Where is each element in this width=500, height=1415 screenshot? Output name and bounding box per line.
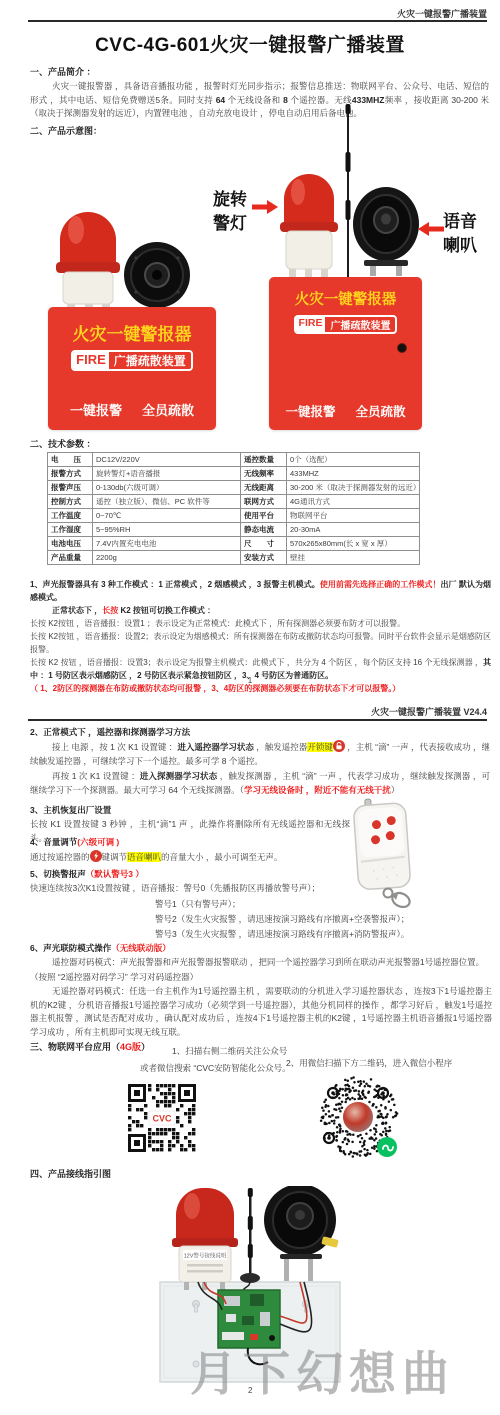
- doc-title: CVC-4G-601火灾一键报警广播装置: [0, 30, 500, 57]
- page2-running-header: 火灾一键报警广播装置 V24.4: [371, 705, 487, 718]
- modes-line-1: 1、声光报警器具有 3 种工作模式 ：1 正常模式 ，2 烟感模式 ，3 报警主…: [30, 578, 491, 604]
- table-row: 产品重量2200g安装方式壁挂: [48, 551, 420, 565]
- siren-option-2: 警号2（发生火灾报警 ，请迅速按演习路线有序撤离+空袭警报声）；: [155, 913, 435, 927]
- qr-center-logo: CVC: [152, 1114, 172, 1124]
- keyhole-icon: [397, 343, 407, 353]
- fire-word: FIRE: [296, 317, 326, 332]
- horn-speaker-icon: [352, 186, 420, 278]
- fire-word: FIRE: [73, 352, 109, 369]
- section-wiring-heading: 四、产品接线指引图: [30, 1167, 111, 1180]
- qr-caption-1b: 或者微信搜索 “CVC安防智能化公众号。: [140, 1062, 340, 1076]
- link-paragraph-1: 遥控器对码模式：声光报警器和声光报警器报警联动 ，把同一个遥控器学习到所在联动声…: [30, 956, 492, 970]
- specs-table: 电 压DC12V/220V遥控数量0个（选配） 报警方式旋转警灯+语音播报无线频…: [47, 452, 420, 565]
- table-row: 报警声压0-130db(六级可调）无线距离30-200 米（取决于探测器发射的远…: [48, 481, 420, 495]
- volume-paragraph: 通过按遥控器的键调节语音喇叭的音量大小 ，最小可调至无声。: [30, 850, 350, 865]
- section-intro-heading: 一、产品简介 ：: [30, 65, 96, 78]
- qr-code-miniprogram: [316, 1076, 400, 1160]
- link-paragraph-3: 无遥控器对码模式：任选一台主机作为1号遥控器主机 ，需要联动的分机进入学习遥控器…: [30, 985, 492, 1039]
- page1-header-rule: [28, 20, 487, 22]
- section-iot-heading: 三、物联网平台应用（4G版）: [30, 1040, 150, 1053]
- page-number: 1: [0, 676, 500, 685]
- learn-remote-paragraph: 接上 电源 ，按 1 次 K1 设置键 ：进入遥控器学习状态 ，触发遥控器开锁键…: [30, 740, 490, 768]
- page2-header-rule: [28, 719, 487, 721]
- right-device-panel: 火灾一键警报器 FIRE广播疏散装置 一键报警全员疏散: [269, 277, 422, 430]
- badge-label: 广播疏散装置: [109, 352, 191, 369]
- section-reset-heading: 3、主机恢复出厂设置: [30, 804, 111, 816]
- left-device-panel: 火灾一键警报器 FIRE广播疏散装置 一键报警全员疏散: [48, 307, 216, 430]
- fire-badge: FIRE广播疏散装置: [269, 313, 422, 334]
- rotating-light-label: 旋转 警灯: [213, 188, 247, 236]
- siren-option-3: 警号3（发生火灾报警 ，请迅速按演习路线有序撤离+消防警报声）。: [155, 928, 435, 942]
- modes-line-3: 长按 K2按钮 ，语音播报：设置1 ；表示设定为正常模式：此模式下 ，所有探测器…: [30, 617, 491, 630]
- unlock-icon: [333, 740, 345, 752]
- link-paragraph-2: （按照 “2遥控器对码学习” 学习对码遥控器）: [30, 971, 492, 985]
- qr-code-official-account: CVC: [124, 1080, 200, 1156]
- voice-horn-label: 语音 喇叭: [443, 210, 477, 258]
- wechat-miniprogram-icon: [377, 1137, 397, 1157]
- modes-line-4: 长按 K2按钮 ，语音播报：设置2；表示设定为烟感模式：所有探测器在布防或撤防状…: [30, 630, 491, 656]
- fire-badge: FIRE广播疏散装置: [48, 350, 216, 371]
- device-title: 火灾一键警报器: [269, 288, 422, 309]
- section-specs-heading: 二、技术参数 ：: [30, 437, 96, 450]
- device-slogan: 一键报警全员疏散: [269, 402, 422, 420]
- section-learn-heading: 2、正常模式下 ，遥控器和探测器学习方法: [30, 726, 190, 738]
- red-arrow-left-icon: [418, 222, 444, 236]
- remote-control-image: [348, 796, 426, 912]
- table-row: 报警方式旋转警灯+语音播报无线频率433MHZ: [48, 467, 420, 481]
- table-row: 工作温度0~70℃使用平台物联网平台: [48, 509, 420, 523]
- table-row: 控制方式遥控（独立版）、微信、PC 软件等联网方式4G通讯方式: [48, 495, 420, 509]
- device-slogan: 一键报警全员疏散: [48, 400, 216, 419]
- section-link-heading: 6、声光联防模式操作（无线联动版）: [30, 942, 171, 954]
- beacon-icon: [52, 208, 124, 310]
- page-number: 2: [248, 1386, 252, 1395]
- table-row: 电池电压7.4V内置充电电池尺 寸570x265x80mm(长 x 宽 x 厚）: [48, 537, 420, 551]
- badge-label: 广播疏散装置: [325, 317, 395, 332]
- product-illustration: 火灾一键警报器 FIRE广播疏散装置 一键报警全员疏散: [0, 100, 500, 435]
- beacon-label: 12V警号接线说明: [184, 1252, 227, 1260]
- device-title: 火灾一键警报器: [48, 320, 216, 345]
- modes-line-2: 正常状态下 ，长按 K2 按钮可切换工作模式 ：: [52, 604, 491, 617]
- table-row: 电 压DC12V/220V遥控数量0个（选配）: [48, 453, 420, 467]
- page1-running-header: 火灾一键报警广播装置: [397, 7, 487, 20]
- section-volume-heading: 4、音量调节(六级可调 ): [30, 836, 119, 848]
- learn-detector-paragraph: 再按 1 次 K1 设置键 ：进入探测器学习状态 ，触发探测器 ，主机 “滴” …: [30, 770, 490, 797]
- red-arrow-right-icon: [252, 200, 278, 214]
- section-siren-heading: 5、切换警报声（默认警号3 ）: [30, 868, 144, 880]
- lightning-icon: [90, 850, 102, 862]
- watermark: 月下幻想曲: [190, 1337, 455, 1404]
- speaker-icon: [122, 240, 192, 310]
- siren-option-0: 快速连续按3次K1设置按键 ，语音播报：警号0（先播报防区再播放警号声）；: [30, 882, 360, 896]
- manual-page: 火灾一键报警广播装置 CVC-4G-601火灾一键报警广播装置 一、产品简介 ：…: [0, 0, 500, 1415]
- beacon-icon: [278, 170, 340, 280]
- table-row: 工作湿度5~95%RH静态电流20-30mA: [48, 523, 420, 537]
